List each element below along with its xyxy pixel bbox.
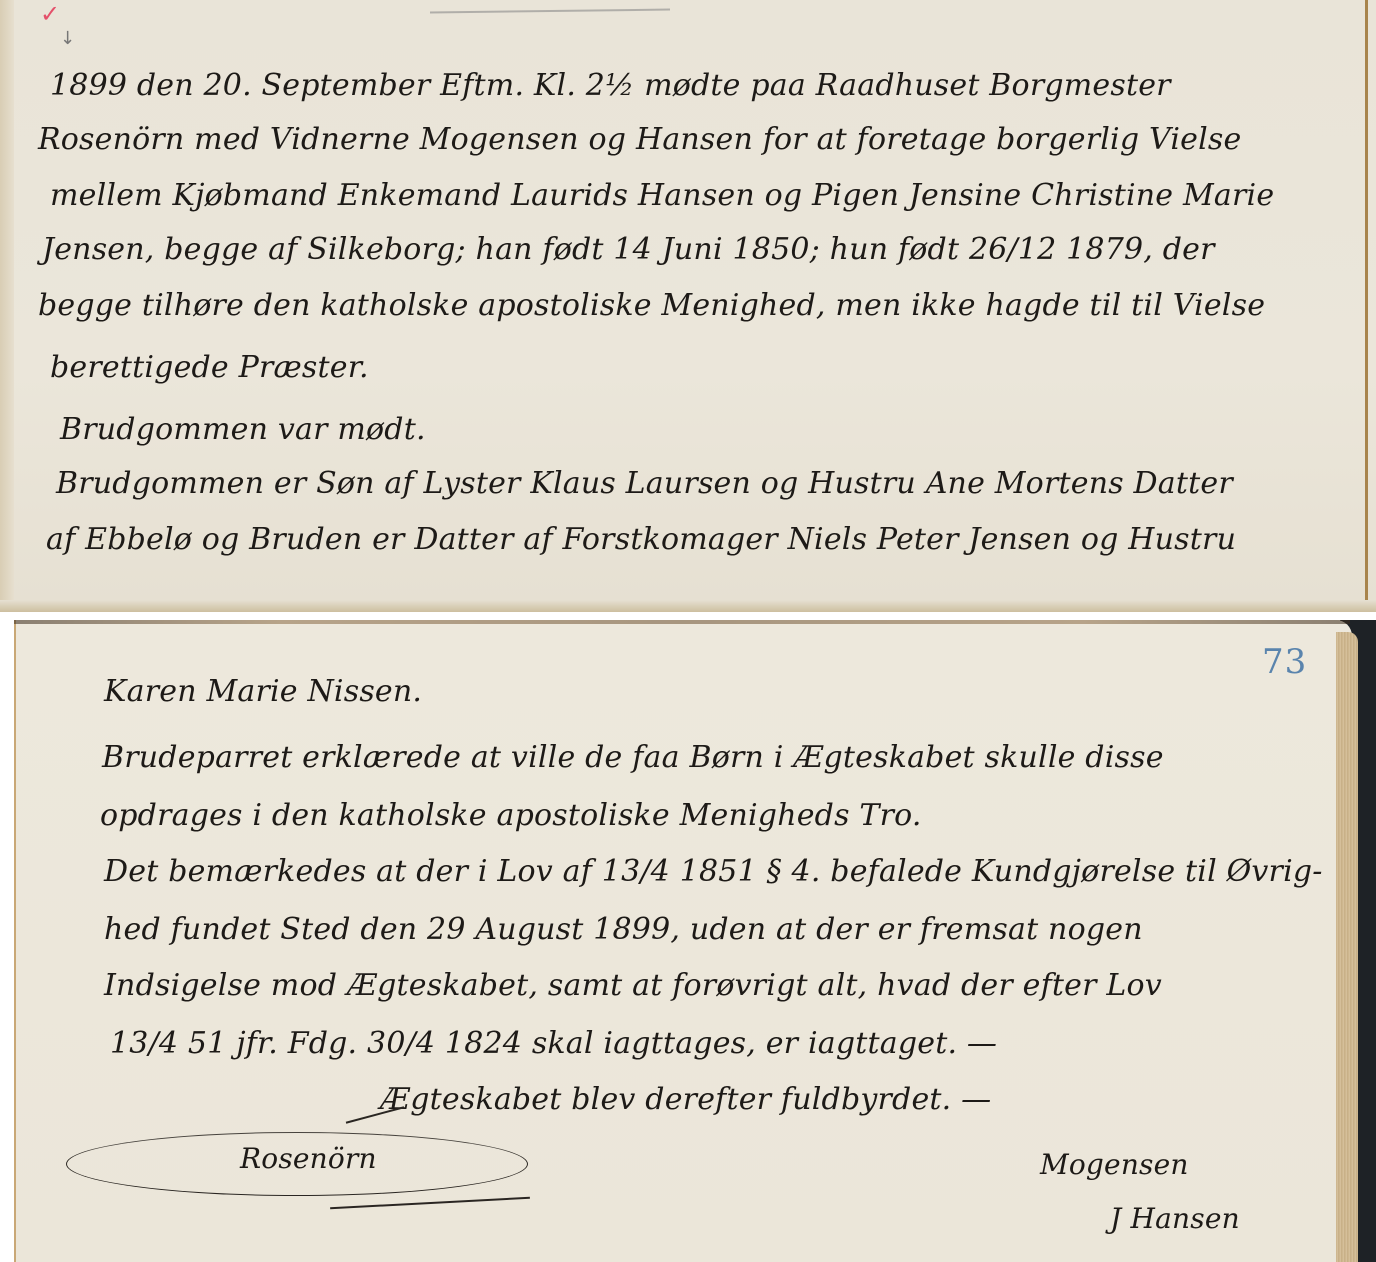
page-seam (0, 600, 1376, 612)
signature-witness-2: J Hansen (1110, 1202, 1240, 1235)
page-binding-right (1365, 0, 1368, 612)
page-binding-left (0, 0, 14, 612)
entry-line: Brudgommen er Søn af Lyster Klaus Laurse… (56, 466, 1233, 501)
entry-line: begge tilhøre den katholske apostoliske … (38, 288, 1265, 323)
entry-line: Karen Marie Nissen. (104, 674, 422, 709)
signature-officiant: Rosenörn (240, 1142, 377, 1175)
signature-witness-1: Mogensen (1040, 1148, 1189, 1181)
page-number: 73 (1262, 642, 1307, 682)
entry-line: Ægteskabet blev derefter fuldbyrdet. — (380, 1082, 991, 1117)
entry-line: berettigede Præster. (50, 350, 369, 385)
entry-line: Indsigelse mod Ægteskabet, samt at forøv… (104, 968, 1162, 1003)
entry-line: 1899 den 20. September Eftm. Kl. 2½ mødt… (50, 68, 1171, 103)
entry-line: Jensen, begge af Silkeborg; han født 14 … (42, 232, 1215, 267)
register-page-bottom: 73 Karen Marie Nissen. Brudeparret erklæ… (0, 612, 1376, 1262)
entry-line: Brudgommen var mødt. (60, 412, 426, 447)
pencil-arrow-icon: ↓ (60, 28, 75, 49)
entry-line: mellem Kjøbmand Enkemand Laurids Hansen … (50, 178, 1274, 213)
page-top-shadow (14, 620, 1350, 624)
entry-line: hed fundet Sted den 29 August 1899, uden… (104, 912, 1143, 947)
entry-line: Det bemærkedes at der i Lov af 13/4 1851… (104, 854, 1323, 889)
entry-line: af Ebbelø og Bruden er Datter af Forstko… (46, 522, 1236, 557)
entry-line: opdrages i den katholske apostoliske Men… (100, 798, 922, 833)
red-check-icon: ✓ (40, 0, 52, 30)
register-page-top: ✓ ↓ 1899 den 20. September Eftm. Kl. 2½ … (0, 0, 1376, 612)
pencil-line-mark (430, 9, 670, 14)
entry-line: 13/4 51 jfr. Fdg. 30/4 1824 skal iagttag… (110, 1026, 997, 1061)
page-stack-edge (1336, 632, 1358, 1262)
entry-line: Rosenörn med Vidnerne Mogensen og Hansen… (38, 122, 1241, 157)
entry-line: Brudeparret erklærede at ville de faa Bø… (102, 740, 1164, 775)
